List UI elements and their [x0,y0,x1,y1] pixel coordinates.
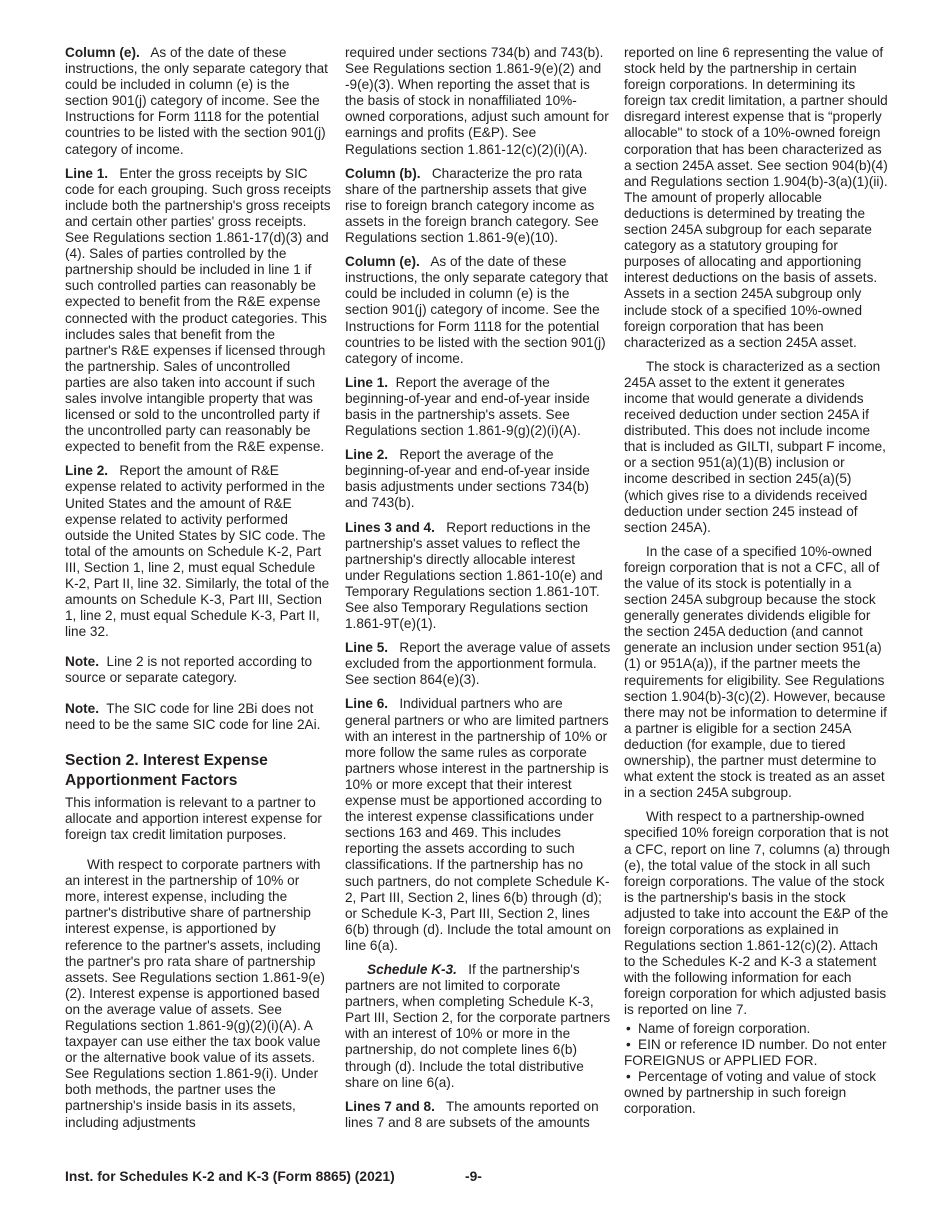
footer-title: Inst. for Schedules K-2 and K-3 (Form 88… [65,1169,395,1184]
note-text: The SIC code for line 2Bi does not need … [65,701,320,732]
column-e-paragraph: Column (e). As of the date of these inst… [345,254,611,367]
paragraph-text: If the partnership's partners are not li… [345,962,610,1090]
paragraph-label: Line 1. [65,166,108,181]
paragraph-text: Report the amount of R&E expense related… [65,463,329,639]
stock-characterization-paragraph: The stock is characterized as a section … [624,359,890,536]
continuation-paragraph: reported on line 6 representing the valu… [624,45,890,351]
page-number: -9- [465,1169,482,1184]
paragraph-label: Schedule K-3. [367,962,457,977]
column-3: reported on line 6 representing the valu… [624,45,890,1117]
partnership-owned-paragraph: With respect to a partnership-owned spec… [624,809,890,1018]
non-cfc-case-paragraph: In the case of a specified 10%-owned for… [624,544,890,802]
column-b-paragraph: Column (b). Characterize the pro rata sh… [345,166,611,246]
paragraph-label: Column (e). [345,254,420,269]
paragraph-text: Enter the gross receipts by SIC code for… [65,166,331,455]
paragraph-label: Column (e). [65,45,140,60]
bullet-item: •Name of foreign corporation. [624,1021,890,1037]
paragraph-label: Line 2. [65,463,108,478]
bullet-icon: • [624,1021,638,1037]
corporate-partners-paragraph: With respect to corporate partners with … [65,857,331,1131]
paragraph-label: Line 1. [345,375,388,390]
continuation-paragraph: required under sections 734(b) and 743(b… [345,45,611,158]
note-text: Line 2 is not reported according to sour… [65,654,312,685]
paragraph-label: Lines 7 and 8. [345,1099,435,1114]
line-2-paragraph: Line 2. Report the average of the beginn… [345,447,611,511]
line-1-paragraph: Line 1. Enter the gross receipts by SIC … [65,166,331,456]
note-label: Note. [65,701,99,716]
bullet-icon: • [624,1069,638,1085]
bullet-text: Name of foreign corporation. [638,1021,810,1036]
paragraph-label: Line 6. [345,696,388,711]
bullet-text: EIN or reference ID number. Do not enter… [624,1037,887,1068]
page-footer: Inst. for Schedules K-2 and K-3 (Form 88… [65,1169,395,1184]
paragraph-text: As of the date of these instructions, th… [65,45,328,157]
note-paragraph: Note. The SIC code for line 2Bi does not… [65,701,331,733]
line-6-paragraph: Line 6. Individual partners who are gene… [345,696,611,954]
note-paragraph: Note. Line 2 is not reported according t… [65,654,331,686]
section-2-intro: This information is relevant to a partne… [65,795,331,843]
paragraph-text: Report reductions in the partnership's a… [345,520,603,632]
column-2: required under sections 734(b) and 743(b… [345,45,611,1139]
bullet-item: •EIN or reference ID number. Do not ente… [624,1037,890,1069]
bullet-icon: • [624,1037,638,1053]
note-label: Note. [65,654,99,669]
lines-7-8-paragraph: Lines 7 and 8. The amounts reported on l… [345,1099,611,1131]
line-2-paragraph: Line 2. Report the amount of R&E expense… [65,463,331,640]
paragraph-text: Individual partners who are general part… [345,696,611,952]
bullet-text: Percentage of voting and value of stock … [624,1069,876,1116]
paragraph-label: Line 5. [345,640,388,655]
column-e-paragraph: Column (e). As of the date of these inst… [65,45,331,158]
bullet-item: •Percentage of voting and value of stock… [624,1069,890,1117]
line-1-paragraph: Line 1. Report the average of the beginn… [345,375,611,439]
paragraph-text: As of the date of these instructions, th… [345,254,608,366]
paragraph-label: Line 2. [345,447,388,462]
schedule-k3-paragraph: Schedule K-3. If the partnership's partn… [345,962,611,1091]
column-1: Column (e). As of the date of these inst… [65,45,331,1139]
paragraph-label: Column (b). [345,166,421,181]
line-5-paragraph: Line 5. Report the average value of asse… [345,640,611,688]
section-2-heading: Section 2. Interest Expense Apportionmen… [65,751,331,791]
paragraph-label: Lines 3 and 4. [345,520,435,535]
lines-3-4-paragraph: Lines 3 and 4. Report reductions in the … [345,520,611,633]
